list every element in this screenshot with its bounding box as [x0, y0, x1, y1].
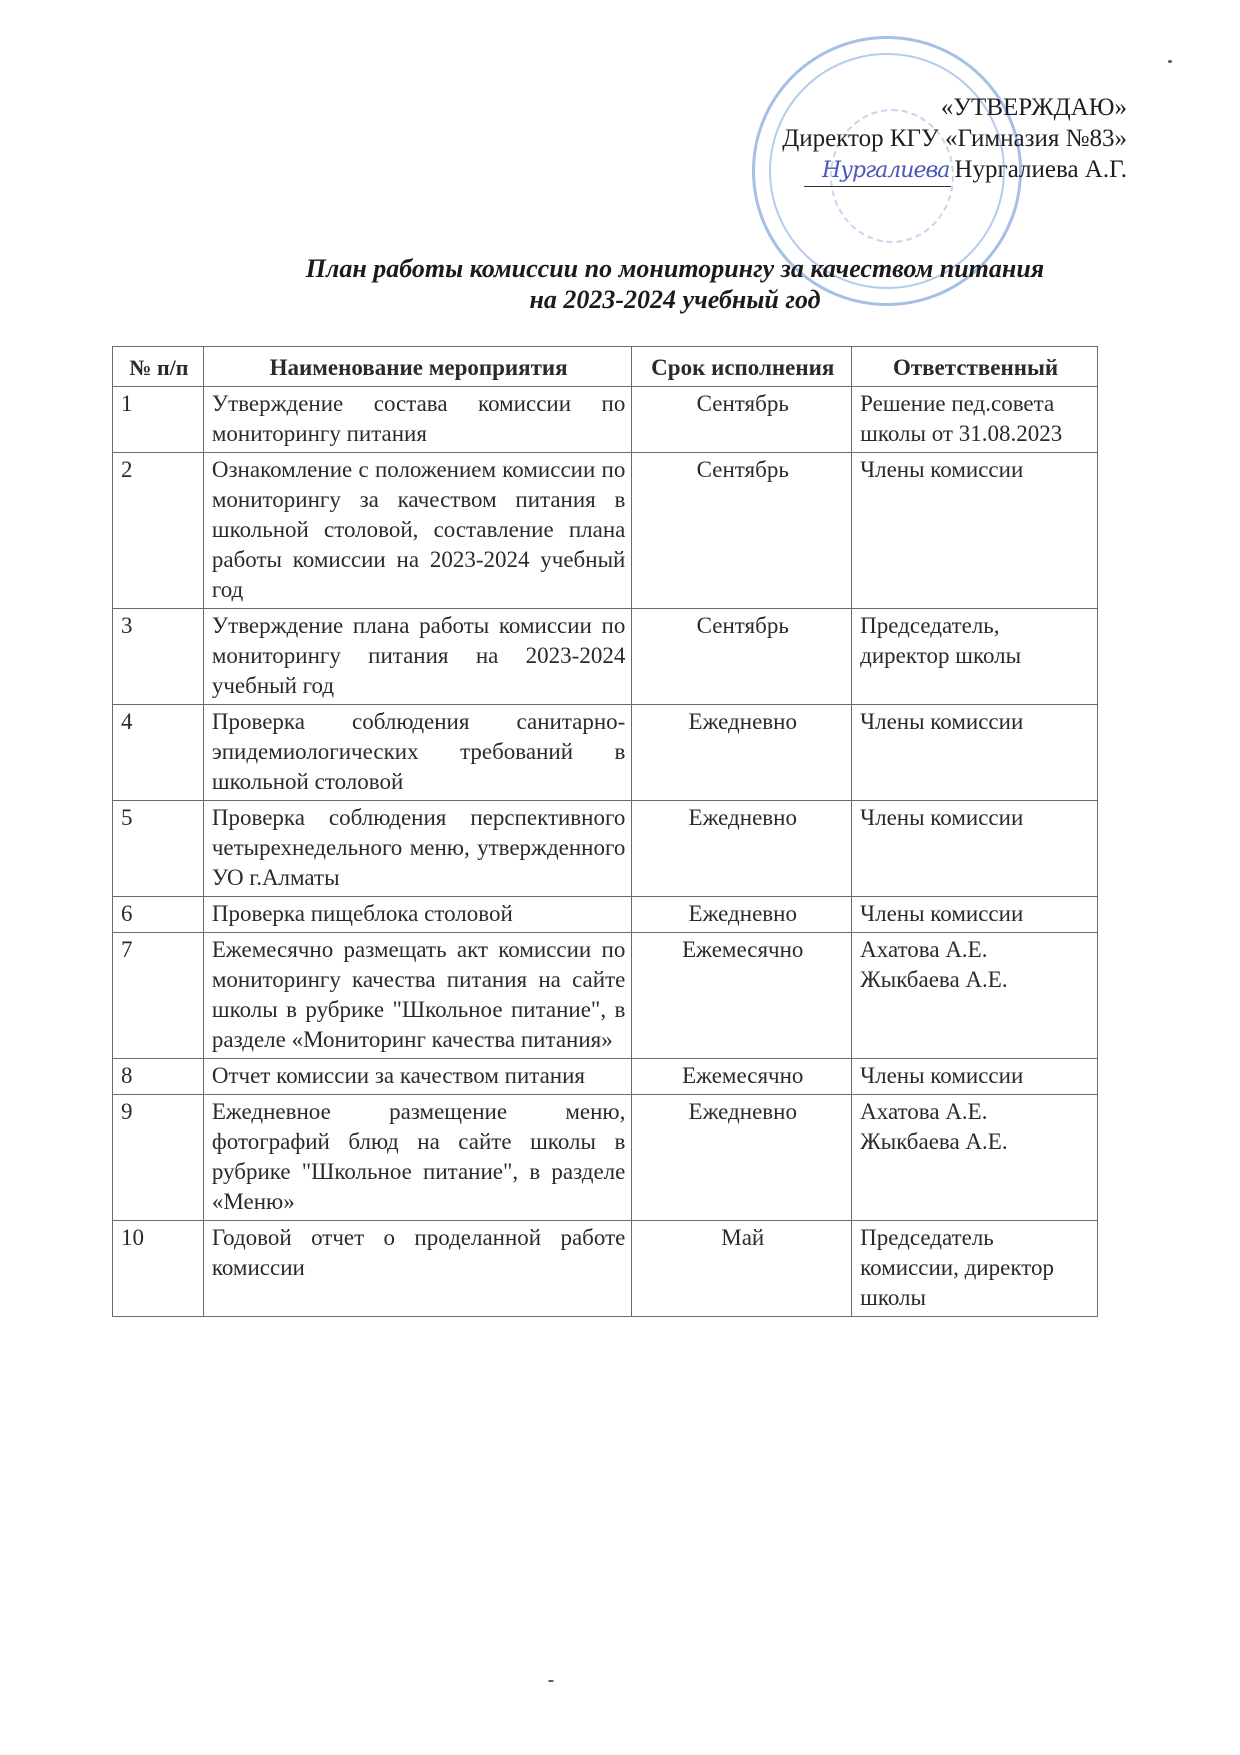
header-num: № п/п [113, 347, 204, 387]
title-line-1: План работы комиссии по мониторингу за к… [240, 253, 1110, 284]
row-activity: Ежедневное размещение меню, фотографий б… [203, 1095, 631, 1221]
row-activity: Проверка соблюдения перспективного четыр… [203, 801, 631, 897]
title-line-2: на 2023-2024 учебный год [240, 284, 1110, 315]
row-deadline: Сентябрь [632, 453, 852, 609]
approval-signature-line: НургалиеваНургалиева А.Г. [804, 154, 1127, 187]
scan-speck [548, 1680, 554, 1682]
header-name: Наименование мероприятия [203, 347, 631, 387]
row-deadline: Сентябрь [632, 609, 852, 705]
approver-name: Нургалиева А.Г. [954, 156, 1127, 183]
row-responsible: Ахатова А.Е. Жыкбаева А.Е. [852, 1095, 1098, 1221]
table-row: 5Проверка соблюдения перспективного четы… [113, 801, 1098, 897]
row-responsible: Ахатова А.Е. Жыкбаева А.Е. [852, 933, 1098, 1059]
document-title: План работы комиссии по мониторингу за к… [240, 253, 1110, 315]
row-responsible: Председатель комиссии, директор школы [852, 1221, 1098, 1317]
row-activity: Ознакомление с положением комиссии по мо… [203, 453, 631, 609]
row-activity: Утверждение плана работы комиссии по мон… [203, 609, 631, 705]
approval-heading: «УТВЕРЖДАЮ» [782, 92, 1127, 123]
row-deadline: Ежемесячно [632, 933, 852, 1059]
row-number: 7 [113, 933, 204, 1059]
row-activity: Проверка пищеблока столовой [203, 897, 631, 933]
row-number: 1 [113, 387, 204, 453]
row-number: 3 [113, 609, 204, 705]
row-number: 9 [113, 1095, 204, 1221]
table-header-row: № п/п Наименование мероприятия Срок испо… [113, 347, 1098, 387]
row-responsible: Члены комиссии [852, 1059, 1098, 1095]
scan-speck [1168, 60, 1172, 63]
table-row: 7Ежемесячно размещать акт комиссии по мо… [113, 933, 1098, 1059]
row-activity: Ежемесячно размещать акт комиссии по мон… [203, 933, 631, 1059]
row-responsible: Решение пед.совета школы от 31.08.2023 [852, 387, 1098, 453]
row-deadline: Сентябрь [632, 387, 852, 453]
row-responsible: Председатель, директор школы [852, 609, 1098, 705]
row-responsible: Члены комиссии [852, 453, 1098, 609]
approval-position: Директор КГУ «Гимназия №83» [782, 123, 1127, 154]
row-deadline: Май [632, 1221, 852, 1317]
row-activity: Проверка соблюдения санитарно-эпидемиоло… [203, 705, 631, 801]
row-deadline: Ежемесячно [632, 1059, 852, 1095]
header-term: Срок исполнения [632, 347, 852, 387]
row-number: 10 [113, 1221, 204, 1317]
row-responsible: Члены комиссии [852, 897, 1098, 933]
row-deadline: Ежедневно [632, 705, 852, 801]
approval-block: «УТВЕРЖДАЮ» Директор КГУ «Гимназия №83» … [782, 92, 1127, 187]
row-number: 2 [113, 453, 204, 609]
row-number: 8 [113, 1059, 204, 1095]
table-row: 9Ежедневное размещение меню, фотографий … [113, 1095, 1098, 1221]
header-responsible: Ответственный [852, 347, 1098, 387]
table-row: 3Утверждение плана работы комиссии по мо… [113, 609, 1098, 705]
table-row: 2Ознакомление с положением комиссии по м… [113, 453, 1098, 609]
table-row: 10Годовой отчет о проделанной работе ком… [113, 1221, 1098, 1317]
row-activity: Годовой отчет о проделанной работе комис… [203, 1221, 631, 1317]
row-activity: Утверждение состава комиссии по монитори… [203, 387, 631, 453]
row-number: 6 [113, 897, 204, 933]
table-row: 6Проверка пищеблока столовойЕжедневноЧле… [113, 897, 1098, 933]
row-number: 4 [113, 705, 204, 801]
handwritten-signature: Нургалиева [804, 155, 951, 187]
row-activity: Отчет комиссии за качеством питания [203, 1059, 631, 1095]
row-deadline: Ежедневно [632, 897, 852, 933]
table-row: 1Утверждение состава комиссии по монитор… [113, 387, 1098, 453]
plan-table: № п/п Наименование мероприятия Срок испо… [112, 346, 1098, 1317]
row-deadline: Ежедневно [632, 1095, 852, 1221]
table-row: 4Проверка соблюдения санитарно-эпидемиол… [113, 705, 1098, 801]
row-responsible: Члены комиссии [852, 705, 1098, 801]
row-deadline: Ежедневно [632, 801, 852, 897]
row-responsible: Члены комиссии [852, 801, 1098, 897]
table-row: 8Отчет комиссии за качеством питанияЕжем… [113, 1059, 1098, 1095]
row-number: 5 [113, 801, 204, 897]
